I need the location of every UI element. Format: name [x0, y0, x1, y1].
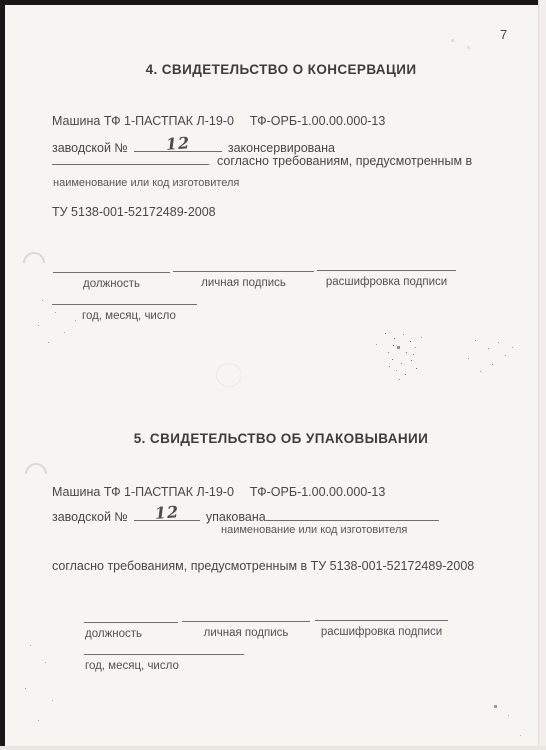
section5-requirements-line: согласно требованиям, предусмотренным в …: [52, 559, 474, 573]
section4-requirements-line: согласно требованиям, предусмотренным в: [52, 151, 472, 168]
hole-punch-mark: [25, 463, 47, 474]
date-label: год, месяц, число: [85, 660, 179, 672]
section4-heading: 4. СВИДЕТЕЛЬСТВО О КОНСЕРВАЦИИ: [0, 62, 546, 77]
position-label: должность: [85, 628, 142, 640]
signature-field-personal-signature: личная подпись: [173, 271, 314, 289]
manufacturer-blank-line: [266, 507, 439, 521]
signature-field-personal-signature: личная подпись: [182, 621, 310, 639]
handwritten-serial-value: 12: [133, 501, 200, 525]
signature-field-date: год, месяц, число: [52, 304, 197, 322]
scan-noise: [0, 0, 1, 1]
signature-field-position: должность: [84, 622, 178, 640]
requirements-text: согласно требованиям, предусмотренным в: [217, 154, 472, 168]
signature-decryption-label: расшифровка подписи: [326, 276, 447, 288]
signature-field-decryption: расшифровка подписи: [315, 620, 448, 638]
section4-machine-line: Машина ТФ 1-ПАСТПАК Л-19-0ТФ-ОРБ-1.00.00…: [52, 114, 385, 128]
signature-field-position: должность: [53, 272, 170, 290]
manufacturer-blank-line: [52, 151, 209, 165]
machine-code: ТФ-ОРБ-1.00.00.000-13: [250, 114, 385, 128]
scan-edge-right: [538, 0, 546, 750]
scan-edge-top: [0, 0, 546, 5]
signature-field-decryption: расшифровка подписи: [317, 270, 456, 288]
signature-decryption-label: расшифровка подписи: [321, 626, 442, 638]
date-label: год, месяц, число: [82, 310, 176, 322]
tu-number-line: ТУ 5138-001-52172489-2008: [52, 205, 216, 219]
packed-status-label: упакована: [206, 510, 266, 524]
section5-serial-line: заводской №12упакована: [52, 505, 439, 524]
scanned-page: 7 4. СВИДЕТЕЛЬСТВО О КОНСЕРВАЦИИ Машина …: [0, 0, 546, 750]
manufacturer-caption: наименование или код изготовителя: [53, 177, 239, 189]
hole-punch-mark: [23, 252, 45, 263]
serial-number-blank: 12: [134, 505, 200, 521]
machine-code: ТФ-ОРБ-1.00.00.000-13: [250, 485, 385, 499]
page-number: 7: [500, 27, 507, 42]
personal-signature-label: личная подпись: [201, 277, 286, 289]
section5-machine-line: Машина ТФ 1-ПАСТПАК Л-19-0ТФ-ОРБ-1.00.00…: [52, 485, 385, 499]
scan-edge-bottom: [0, 746, 546, 750]
signature-field-date: год, месяц, число: [84, 654, 244, 672]
machine-name: Машина ТФ 1-ПАСТПАК Л-19-0: [52, 114, 234, 128]
machine-name: Машина ТФ 1-ПАСТПАК Л-19-0: [52, 485, 234, 499]
scan-edge-left: [0, 0, 5, 750]
position-label: должность: [83, 278, 140, 290]
serial-number-blank: 12: [134, 136, 222, 152]
serial-number-label: заводской №: [52, 510, 128, 524]
section5-heading: 5. СВИДЕТЕЛЬСТВО ОБ УПАКОВЫВАНИИ: [0, 431, 546, 446]
paper-watermark-mark: [216, 363, 242, 387]
manufacturer-caption: наименование или код изготовителя: [221, 524, 407, 536]
personal-signature-label: личная подпись: [204, 627, 289, 639]
